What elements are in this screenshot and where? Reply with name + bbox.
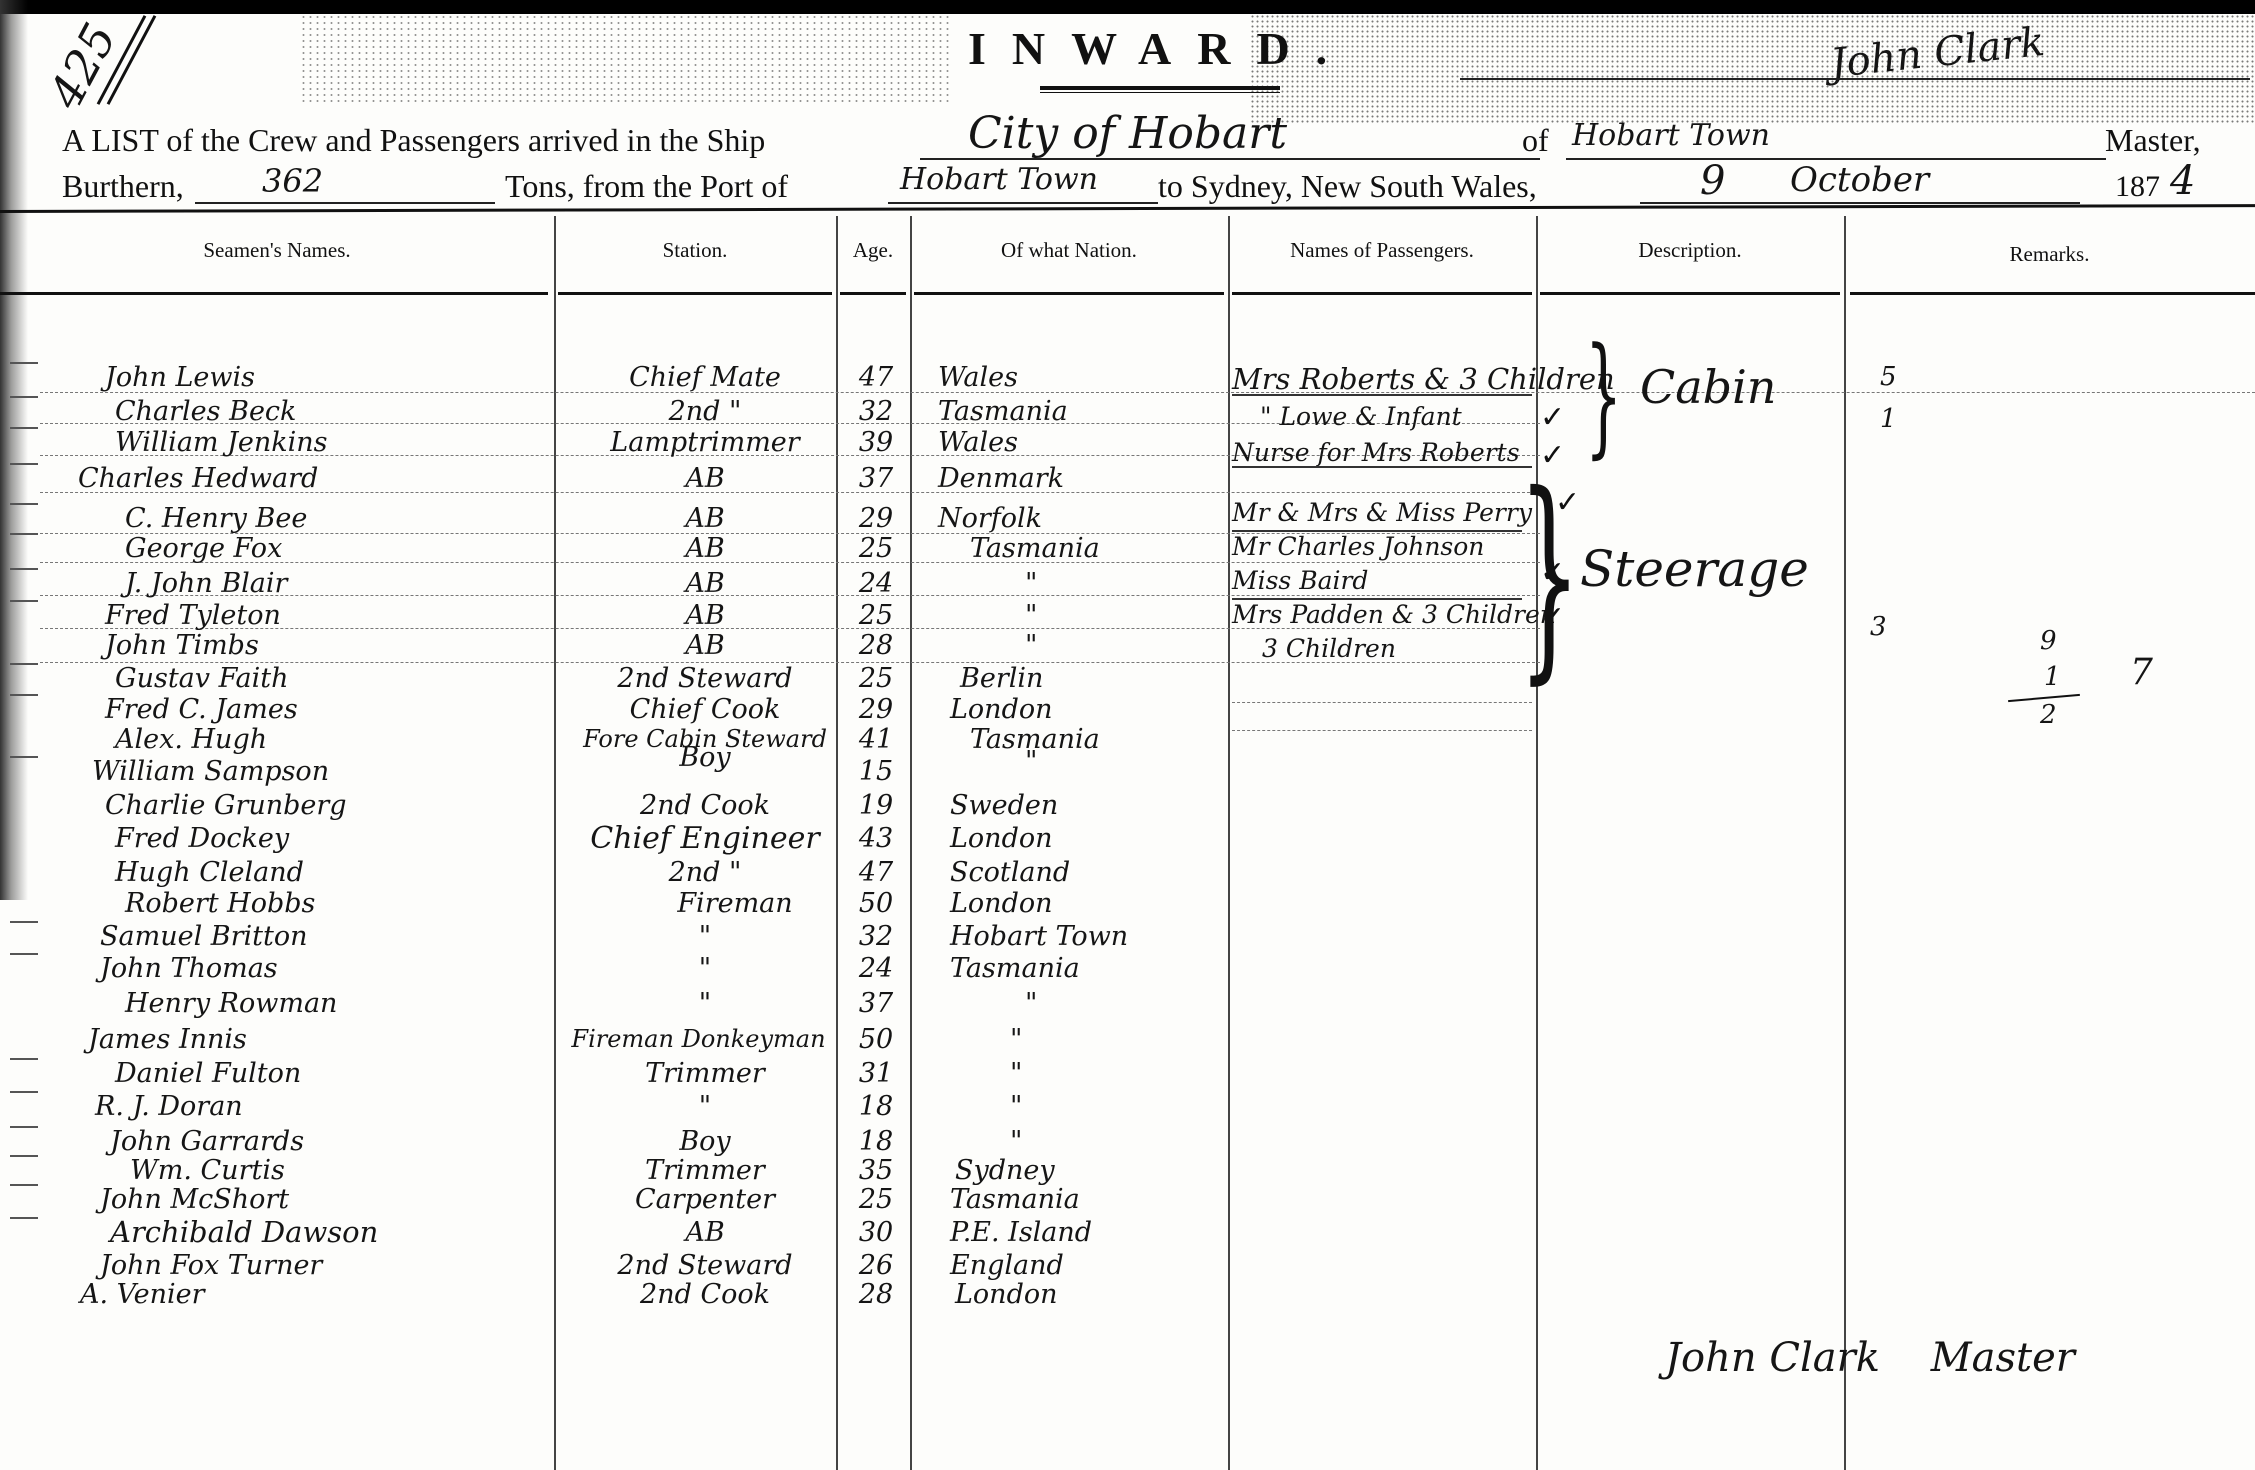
passenger-entry: Mr Charles Johnson xyxy=(1232,532,1484,561)
cabin-brace: } xyxy=(1585,330,1622,460)
crew-row: Charles Beck2nd "32Tasmania xyxy=(0,396,2255,427)
column-header-station: Station. xyxy=(554,238,836,263)
seaman-station: AB xyxy=(580,1217,830,1248)
remark-cabin-count: 1 xyxy=(1880,404,1897,434)
seaman-age: 25 xyxy=(848,663,904,694)
header-rule xyxy=(1232,292,1532,295)
seaman-name: George Fox xyxy=(125,533,282,564)
seaman-nation: " xyxy=(930,1024,1220,1055)
scan-border xyxy=(0,0,2255,14)
seaman-name: Henry Rowman xyxy=(125,988,337,1019)
seaman-age: 37 xyxy=(848,463,904,494)
crew-row: Charles HedwardAB37Denmark xyxy=(0,463,2255,494)
seaman-name: Daniel Fulton xyxy=(115,1058,301,1089)
seaman-age: 37 xyxy=(848,988,904,1019)
header-rule xyxy=(1540,292,1840,295)
seaman-name: J. John Blair xyxy=(125,568,287,599)
row-tick xyxy=(10,663,38,665)
from-port: Hobart Town xyxy=(900,162,1098,197)
row-tick xyxy=(10,1126,38,1128)
seaman-nation: " xyxy=(930,746,1220,777)
seaman-age: 47 xyxy=(848,857,904,888)
seaman-age: 15 xyxy=(848,756,904,787)
remark-tally-bottom: 2 xyxy=(2040,700,2057,730)
description-cabin: Cabin xyxy=(1640,360,1776,414)
page-title: INWARD. xyxy=(968,22,1353,75)
row-tick xyxy=(10,1217,38,1219)
seaman-age: 50 xyxy=(848,1024,904,1055)
seaman-station: AB xyxy=(580,503,830,534)
burthen-label: Burthern, xyxy=(62,168,184,205)
seaman-age: 18 xyxy=(848,1091,904,1122)
seaman-nation: " xyxy=(930,568,1220,599)
steerage-brace: } xyxy=(1518,465,1581,685)
seaman-station: Boy xyxy=(580,742,830,773)
seaman-age: 25 xyxy=(848,533,904,564)
seaman-nation: Wales xyxy=(930,427,1220,458)
crew-row: R. J. Doran"18" xyxy=(0,1091,2255,1122)
row-tick xyxy=(10,503,38,505)
passenger-entry: " Lowe & Infant xyxy=(1260,402,1462,431)
passenger-underline xyxy=(1232,466,1532,468)
folio-mark: 425 xyxy=(38,14,127,117)
crew-row: A. Venier2nd Cook28London xyxy=(0,1279,2255,1310)
seaman-station: Chief Engineer xyxy=(580,823,830,854)
seaman-nation: " xyxy=(930,1126,1220,1157)
row-tick xyxy=(10,396,38,398)
seaman-nation: Tasmania xyxy=(930,533,1220,564)
remark-tally-top: 9 xyxy=(2040,626,2057,656)
seaman-station: 2nd Steward xyxy=(580,1250,830,1281)
seaman-station: Boy xyxy=(580,1126,830,1157)
seaman-name: William Jenkins xyxy=(115,427,328,458)
crew-row: Fred DockeyChief Engineer43London xyxy=(0,823,2255,854)
header-rule xyxy=(914,292,1224,295)
seaman-nation: Tasmania xyxy=(930,1184,1220,1215)
seaman-station: Lamptrimmer xyxy=(580,427,830,458)
crew-row: Fred C. JamesChief Cook29London xyxy=(0,694,2255,725)
seaman-name: John McShort xyxy=(100,1184,289,1215)
crew-row: J. John BlairAB24" xyxy=(0,568,2255,599)
seaman-name: Wm. Curtis xyxy=(130,1155,285,1186)
seaman-age: 39 xyxy=(848,427,904,458)
remark-steerage-count: 3 xyxy=(1870,612,1887,642)
seaman-age: 29 xyxy=(848,503,904,534)
passenger-entry: Miss Baird xyxy=(1232,566,1368,595)
crew-row: John Fox Turner2nd Steward26England xyxy=(0,1250,2255,1281)
seaman-name: John Thomas xyxy=(100,953,278,984)
crew-row: Daniel FultonTrimmer31" xyxy=(0,1058,2255,1089)
crew-row: John LewisChief Mate47Wales xyxy=(0,362,2255,393)
seaman-station: " xyxy=(580,953,830,984)
row-tick xyxy=(10,427,38,429)
seaman-name: James Innis xyxy=(88,1024,247,1055)
burthen-value: 362 xyxy=(262,162,323,200)
seaman-age: 28 xyxy=(848,630,904,661)
seaman-name: Hugh Cleland xyxy=(115,857,304,888)
seaman-nation: London xyxy=(930,823,1220,854)
seaman-nation: " xyxy=(930,600,1220,631)
crew-row: John GarrardsBoy18" xyxy=(0,1126,2255,1157)
seaman-station: AB xyxy=(580,568,830,599)
seaman-age: 50 xyxy=(848,888,904,919)
seaman-station: " xyxy=(580,1091,830,1122)
master-label: Master, xyxy=(2105,122,2201,159)
seaman-nation: Scotland xyxy=(930,857,1220,888)
column-header-nation: Of what Nation. xyxy=(910,238,1228,263)
passenger-entry: Mrs Roberts & 3 Children xyxy=(1232,362,1615,396)
passenger-entry: Nurse for Mrs Roberts xyxy=(1232,438,1520,467)
seaman-age: 25 xyxy=(848,1184,904,1215)
arrival-month: October xyxy=(1790,160,1929,200)
crew-row: John TimbsAB28" xyxy=(0,630,2255,661)
fill-rule xyxy=(1460,78,2250,80)
crew-row: William SampsonBoy15" xyxy=(0,756,2255,787)
seaman-name: Fred Tyleton xyxy=(105,600,281,631)
seaman-age: 26 xyxy=(848,1250,904,1281)
tons-label: Tons, from the Port of xyxy=(505,168,788,205)
title-underline xyxy=(1040,92,1280,93)
seaman-station: Trimmer xyxy=(580,1058,830,1089)
seaman-age: 41 xyxy=(848,724,904,755)
seaman-age: 43 xyxy=(848,823,904,854)
seaman-station: " xyxy=(580,988,830,1019)
fill-rule xyxy=(920,158,1540,160)
seaman-name: Charlie Grunberg xyxy=(105,790,347,821)
header-rule xyxy=(0,292,548,295)
row-tick xyxy=(10,694,38,696)
seaman-station: Fireman Donkeyman xyxy=(556,1024,841,1055)
seaman-station: Fireman xyxy=(580,888,830,919)
seaman-age: 19 xyxy=(848,790,904,821)
row-tick xyxy=(10,362,38,364)
scan-noise xyxy=(1250,14,2255,124)
crew-row: Gustav Faith2nd Steward25Berlin xyxy=(0,663,2255,694)
remark-tally-total: 7 xyxy=(2130,652,2153,693)
signature-title: Master xyxy=(1931,1335,2075,1381)
seaman-nation: Denmark xyxy=(930,463,1220,494)
seaman-nation: London xyxy=(930,694,1220,725)
seaman-name: John Garrards xyxy=(110,1126,304,1157)
seaman-nation: England xyxy=(930,1250,1220,1281)
crew-row: Henry Rowman"37" xyxy=(0,988,2255,1019)
seaman-age: 47 xyxy=(848,362,904,393)
list-prefix: A LIST of the Crew and Passengers arrive… xyxy=(62,122,765,158)
seaman-name: Alex. Hugh xyxy=(115,724,267,755)
seaman-name: John Fox Turner xyxy=(100,1250,322,1281)
seaman-nation: " xyxy=(930,988,1220,1019)
seaman-name: C. Henry Bee xyxy=(125,503,307,534)
seaman-age: 24 xyxy=(848,953,904,984)
passenger-entry: Mr & Mrs & Miss Perry xyxy=(1232,498,1532,527)
seaman-age: 32 xyxy=(848,396,904,427)
seaman-name: William Sampson xyxy=(92,756,329,787)
row-tick xyxy=(10,533,38,535)
arrival-day: 9 xyxy=(1700,158,1725,204)
home-port: Hobart Town xyxy=(1572,118,1770,153)
ship-name: City of Hobart xyxy=(968,108,1287,159)
row-tick xyxy=(10,600,38,602)
header-rule xyxy=(1850,292,2255,295)
seaman-station: Carpenter xyxy=(580,1184,830,1215)
title-underline xyxy=(1040,86,1280,90)
seaman-age: 29 xyxy=(848,694,904,725)
crew-row: John McShortCarpenter25Tasmania xyxy=(0,1184,2255,1215)
seaman-name: Samuel Britton xyxy=(100,921,308,952)
table-top-rule xyxy=(0,204,2255,213)
seaman-station: 2nd Cook xyxy=(580,1279,830,1310)
seaman-nation: Hobart Town xyxy=(930,921,1220,952)
column-header-age: Age. xyxy=(836,238,910,263)
seaman-age: 24 xyxy=(848,568,904,599)
seaman-nation: Norfolk xyxy=(930,503,1220,534)
seaman-nation: Tasmania xyxy=(930,396,1220,427)
seaman-age: 18 xyxy=(848,1126,904,1157)
header-rule xyxy=(840,292,906,295)
seaman-name: Fred Dockey xyxy=(115,823,289,854)
seaman-nation: London xyxy=(930,888,1220,919)
checkmark-icon: ✓ xyxy=(1540,400,1565,435)
crew-row: Fred TyletonAB25" xyxy=(0,600,2255,631)
row-tick xyxy=(10,953,38,955)
seaman-name: Charles Beck xyxy=(115,396,296,427)
row-tick xyxy=(10,568,38,570)
seaman-nation: " xyxy=(930,630,1220,661)
crew-row: John Thomas"24Tasmania xyxy=(0,953,2255,984)
master-signature: John Clark Master xyxy=(1665,1335,2075,1381)
seaman-station: AB xyxy=(580,600,830,631)
row-tick xyxy=(10,1058,38,1060)
crew-row: Hugh Cleland2nd "47Scotland xyxy=(0,857,2255,888)
column-header-description: Description. xyxy=(1536,238,1844,263)
seaman-name: Robert Hobbs xyxy=(125,888,315,919)
seaman-nation: London xyxy=(930,1279,1220,1310)
seaman-age: 30 xyxy=(848,1217,904,1248)
scan-noise xyxy=(300,14,950,104)
seaman-nation: " xyxy=(930,1091,1220,1122)
seaman-age: 31 xyxy=(848,1058,904,1089)
header-rule xyxy=(558,292,832,295)
row-tick xyxy=(10,1091,38,1093)
seaman-age: 35 xyxy=(848,1155,904,1186)
seaman-station: AB xyxy=(580,463,830,494)
destination-label: to Sydney, New South Wales, xyxy=(1158,168,1537,205)
seaman-nation: Sweden xyxy=(930,790,1220,821)
seaman-name: A. Venier xyxy=(80,1279,205,1310)
remark-tally-mid: 1 xyxy=(2044,662,2061,692)
header-line-1: A LIST of the Crew and Passengers arrive… xyxy=(62,122,765,159)
of-label: of xyxy=(1522,122,1549,159)
remark-cabin-count: 5 xyxy=(1880,362,1897,392)
seaman-name: R. J. Doran xyxy=(95,1091,243,1122)
fill-rule xyxy=(195,202,495,204)
seaman-nation: P.E. Island xyxy=(930,1217,1220,1248)
seaman-nation: " xyxy=(930,1058,1220,1089)
seaman-name: John Timbs xyxy=(105,630,259,661)
row-tick xyxy=(10,1155,38,1157)
passenger-entry: 3 Children xyxy=(1262,634,1396,663)
crew-row: George FoxAB25Tasmania xyxy=(0,533,2255,564)
crew-row: Samuel Britton"32Hobart Town xyxy=(0,921,2255,952)
passenger-entry: Mrs Padden & 3 Children xyxy=(1232,600,1556,629)
seaman-name: John Lewis xyxy=(105,362,255,393)
seaman-station: Chief Mate xyxy=(580,362,830,393)
fill-rule xyxy=(888,202,1158,204)
crew-row: James InnisFireman Donkeyman50" xyxy=(0,1024,2255,1055)
description-steerage: Steerage xyxy=(1580,540,1809,598)
seaman-nation: Tasmania xyxy=(930,953,1220,984)
seaman-station: 2nd Cook xyxy=(580,790,830,821)
seaman-age: 32 xyxy=(848,921,904,952)
row-tick xyxy=(10,1184,38,1186)
seaman-age: 25 xyxy=(848,600,904,631)
seaman-station: Trimmer xyxy=(580,1155,830,1186)
seaman-nation: Wales xyxy=(930,362,1220,393)
year-suffix: 4 xyxy=(2170,158,2195,204)
seaman-station: " xyxy=(580,921,830,952)
seaman-name: Fred C. James xyxy=(105,694,298,725)
row-tick xyxy=(10,463,38,465)
seaman-station: Chief Cook xyxy=(580,694,830,725)
crew-row: Charlie Grunberg2nd Cook19Sweden xyxy=(0,790,2255,821)
crew-row: William JenkinsLamptrimmer39Wales xyxy=(0,427,2255,458)
fill-rule xyxy=(1640,202,2080,204)
seaman-nation: Sydney xyxy=(930,1155,1220,1186)
year-prefix: 187 xyxy=(2115,170,2160,204)
column-header-passengers: Names of Passengers. xyxy=(1228,238,1536,263)
column-header-seamen: Seamen's Names. xyxy=(0,238,554,263)
seaman-station: AB xyxy=(580,533,830,564)
seaman-station: 2nd " xyxy=(580,396,830,427)
seaman-name: Archibald Dawson xyxy=(110,1217,378,1248)
crew-row: C. Henry BeeAB29Norfolk xyxy=(0,503,2255,534)
signature-name: John Clark xyxy=(1665,1335,1880,1381)
seaman-name: Charles Hedward xyxy=(78,463,318,494)
seaman-station: 2nd Steward xyxy=(580,663,830,694)
seaman-name: Gustav Faith xyxy=(115,663,288,694)
crew-row: Wm. CurtisTrimmer35Sydney xyxy=(0,1155,2255,1186)
row-tick xyxy=(10,921,38,923)
passenger-underline xyxy=(1232,394,1532,396)
seaman-station: AB xyxy=(580,630,830,661)
manifest-page: 425 INWARD. John Clark A LIST of the Cre… xyxy=(0,0,2255,1470)
seaman-station: 2nd " xyxy=(580,857,830,888)
seaman-age: 28 xyxy=(848,1279,904,1310)
column-header-remarks: Remarks. xyxy=(1844,242,2255,267)
row-tick xyxy=(10,756,38,758)
seaman-nation: Berlin xyxy=(930,663,1220,694)
crew-row: Archibald DawsonAB30P.E. Island xyxy=(0,1217,2255,1248)
crew-row: Robert HobbsFireman50London xyxy=(0,888,2255,919)
